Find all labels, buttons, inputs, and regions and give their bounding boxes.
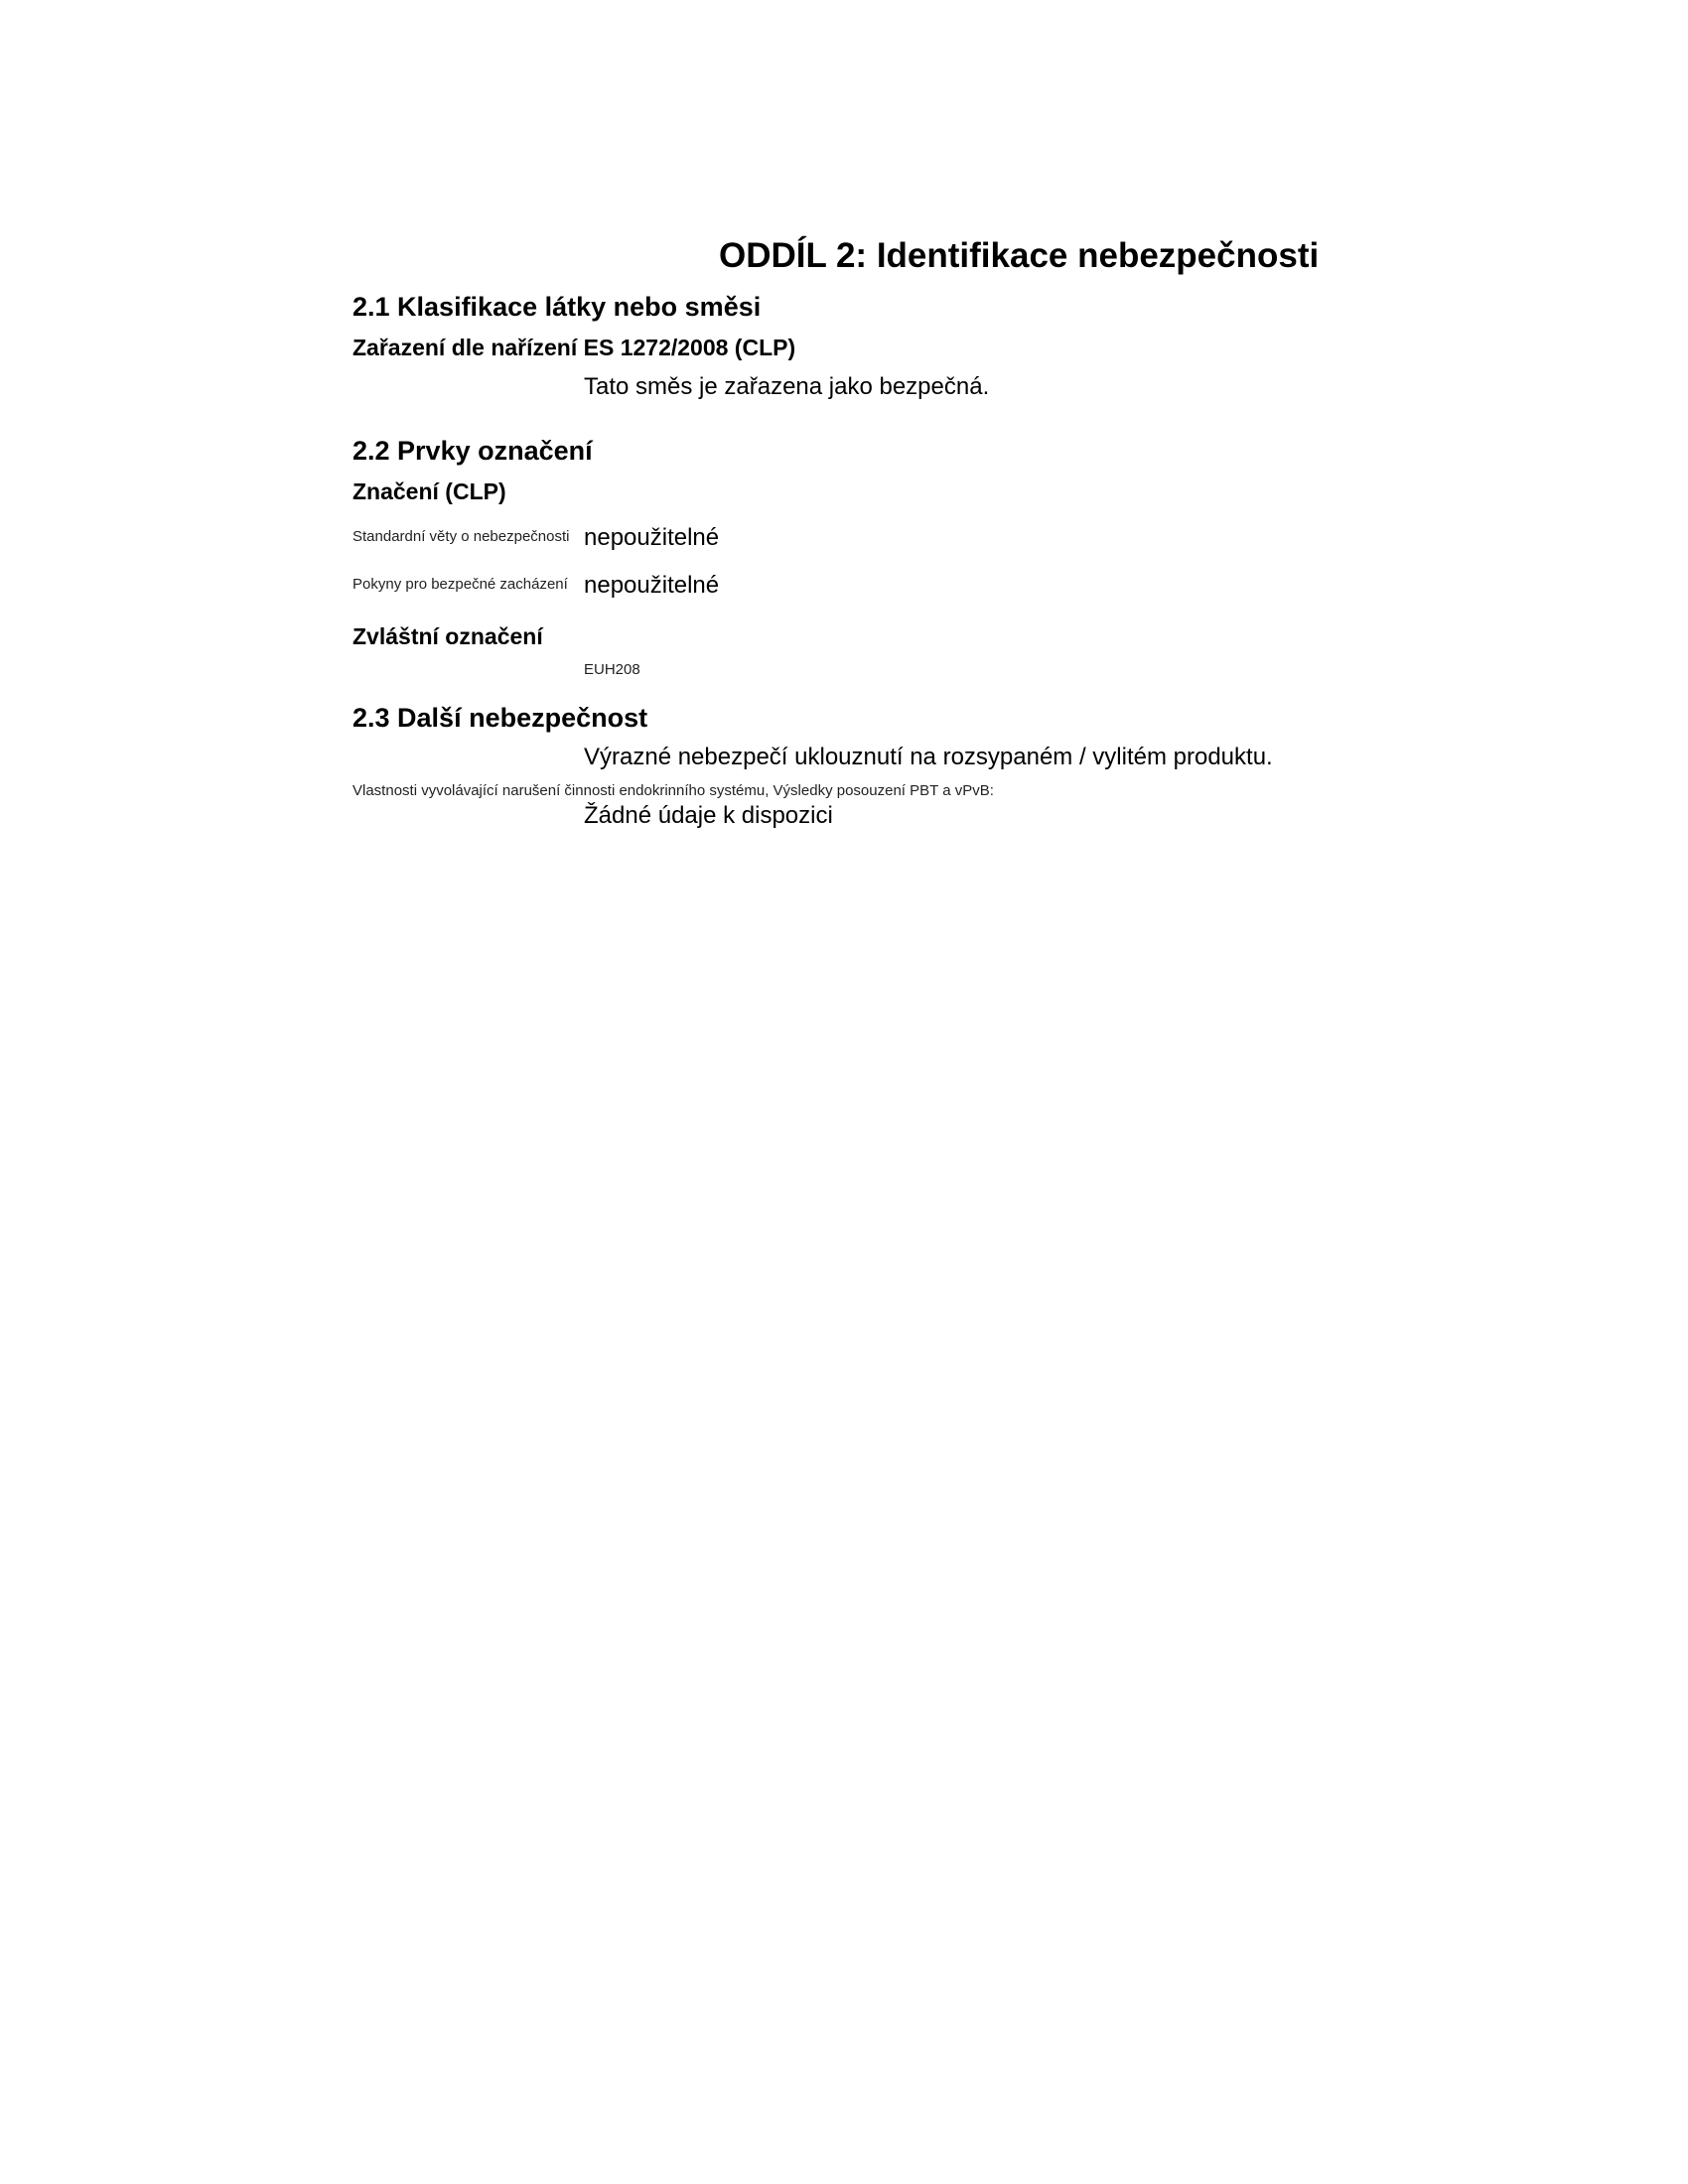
precautionary-statements-label: Pokyny pro bezpečné zacházení (352, 577, 584, 592)
hazard-statements-label: Standardní věty o nebezpečnosti (352, 529, 584, 544)
subheading-clp-labelling: Značení (CLP) (352, 480, 506, 503)
other-hazards-text: Výrazné nebezpečí uklouznutí na rozsypan… (584, 746, 1273, 769)
heading-2-3: 2.3 Další nebezpečnost (352, 705, 647, 732)
special-labelling-value: EUH208 (584, 662, 640, 677)
endocrine-pbt-value: Žádné údaje k dispozici (584, 804, 833, 828)
hazard-statements-value: nepoužitelné (584, 526, 719, 550)
special-labelling-heading: Zvláštní označení (352, 625, 543, 648)
classification-text: Tato směs je zařazena jako bezpečná. (584, 375, 989, 399)
endocrine-pbt-label: Vlastnosti vyvolávající narušení činnost… (352, 783, 994, 798)
subheading-clp-classification: Zařazení dle nařízení ES 1272/2008 (CLP) (352, 337, 795, 359)
heading-2-1: 2.1 Klasifikace látky nebo směsi (352, 294, 761, 321)
section-title: ODDÍL 2: Identifikace nebezpečnosti (719, 238, 1319, 273)
heading-2-2: 2.2 Prvky označení (352, 438, 593, 465)
precautionary-statements-value: nepoužitelné (584, 574, 719, 598)
